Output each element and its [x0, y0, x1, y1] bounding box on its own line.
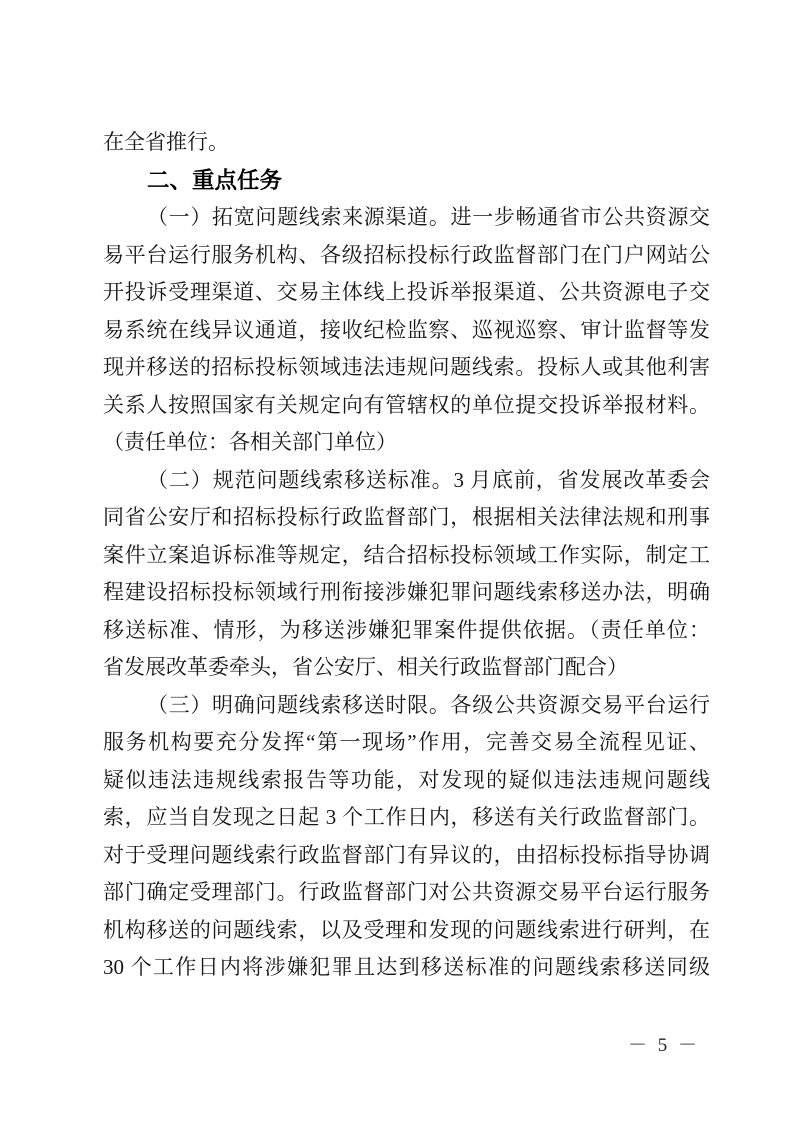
document-line: 开投诉受理渠道、交易主体线上投诉举报渠道、公共资源电子交 — [103, 274, 710, 312]
document-line: 机构移送的问题线索，以及受理和发现的问题线索进行研判，在 — [103, 912, 710, 950]
document-line: 易平台运行服务机构、各级招标投标行政监督部门在门户网站公 — [103, 237, 710, 275]
document-line: （二）规范问题线索移送标准。3 月底前，省发展改革委会 — [103, 462, 710, 500]
document-page: 在全省推行。二、重点任务（一）拓宽问题线索来源渠道。进一步畅通省市公共资源交易平… — [0, 0, 793, 1122]
document-line: （一）拓宽问题线索来源渠道。进一步畅通省市公共资源交 — [103, 199, 710, 237]
document-body: 在全省推行。二、重点任务（一）拓宽问题线索来源渠道。进一步畅通省市公共资源交易平… — [103, 124, 710, 987]
page-number: － 5 － — [628, 1030, 700, 1057]
document-line: 部门确定受理部门。行政监督部门对公共资源交易平台运行服务 — [103, 874, 710, 912]
document-line: （三）明确问题线索移送时限。各级公共资源交易平台运行 — [103, 687, 710, 725]
document-line: 省发展改革委牵头，省公安厅、相关行政监督部门配合） — [103, 649, 710, 687]
document-line: 移送标准、情形，为移送涉嫌犯罪案件提供依据。（责任单位： — [103, 612, 710, 650]
document-line: 程建设招标投标领域行刑衔接涉嫌犯罪问题线索移送办法，明确 — [103, 574, 710, 612]
document-line: 案件立案追诉标准等规定，结合招标投标领域工作实际，制定工 — [103, 537, 710, 575]
document-line: 索，应当自发现之日起 3 个工作日内，移送有关行政监督部门。 — [103, 799, 710, 837]
document-line: 在全省推行。 — [103, 124, 710, 162]
document-line: （责任单位：各相关部门单位） — [103, 424, 710, 462]
document-line: 30 个工作日内将涉嫌犯罪且达到移送标准的问题线索移送同级 — [103, 949, 710, 987]
document-line: 对于受理问题线索行政监督部门有异议的，由招标投标指导协调 — [103, 837, 710, 875]
document-line: 疑似违法违规线索报告等功能，对发现的疑似违法违规问题线 — [103, 762, 710, 800]
section-heading: 二、重点任务 — [103, 162, 710, 200]
document-line: 同省公安厅和招标投标行政监督部门，根据相关法律法规和刑事 — [103, 499, 710, 537]
document-line: 关系人按照国家有关规定向有管辖权的单位提交投诉举报材料。 — [103, 387, 710, 425]
document-line: 现并移送的招标投标领域违法违规问题线索。投标人或其他利害 — [103, 349, 710, 387]
document-line: 易系统在线异议通道，接收纪检监察、巡视巡察、审计监督等发 — [103, 312, 710, 350]
document-line: 服务机构要充分发挥“第一现场”作用，完善交易全流程见证、 — [103, 724, 710, 762]
